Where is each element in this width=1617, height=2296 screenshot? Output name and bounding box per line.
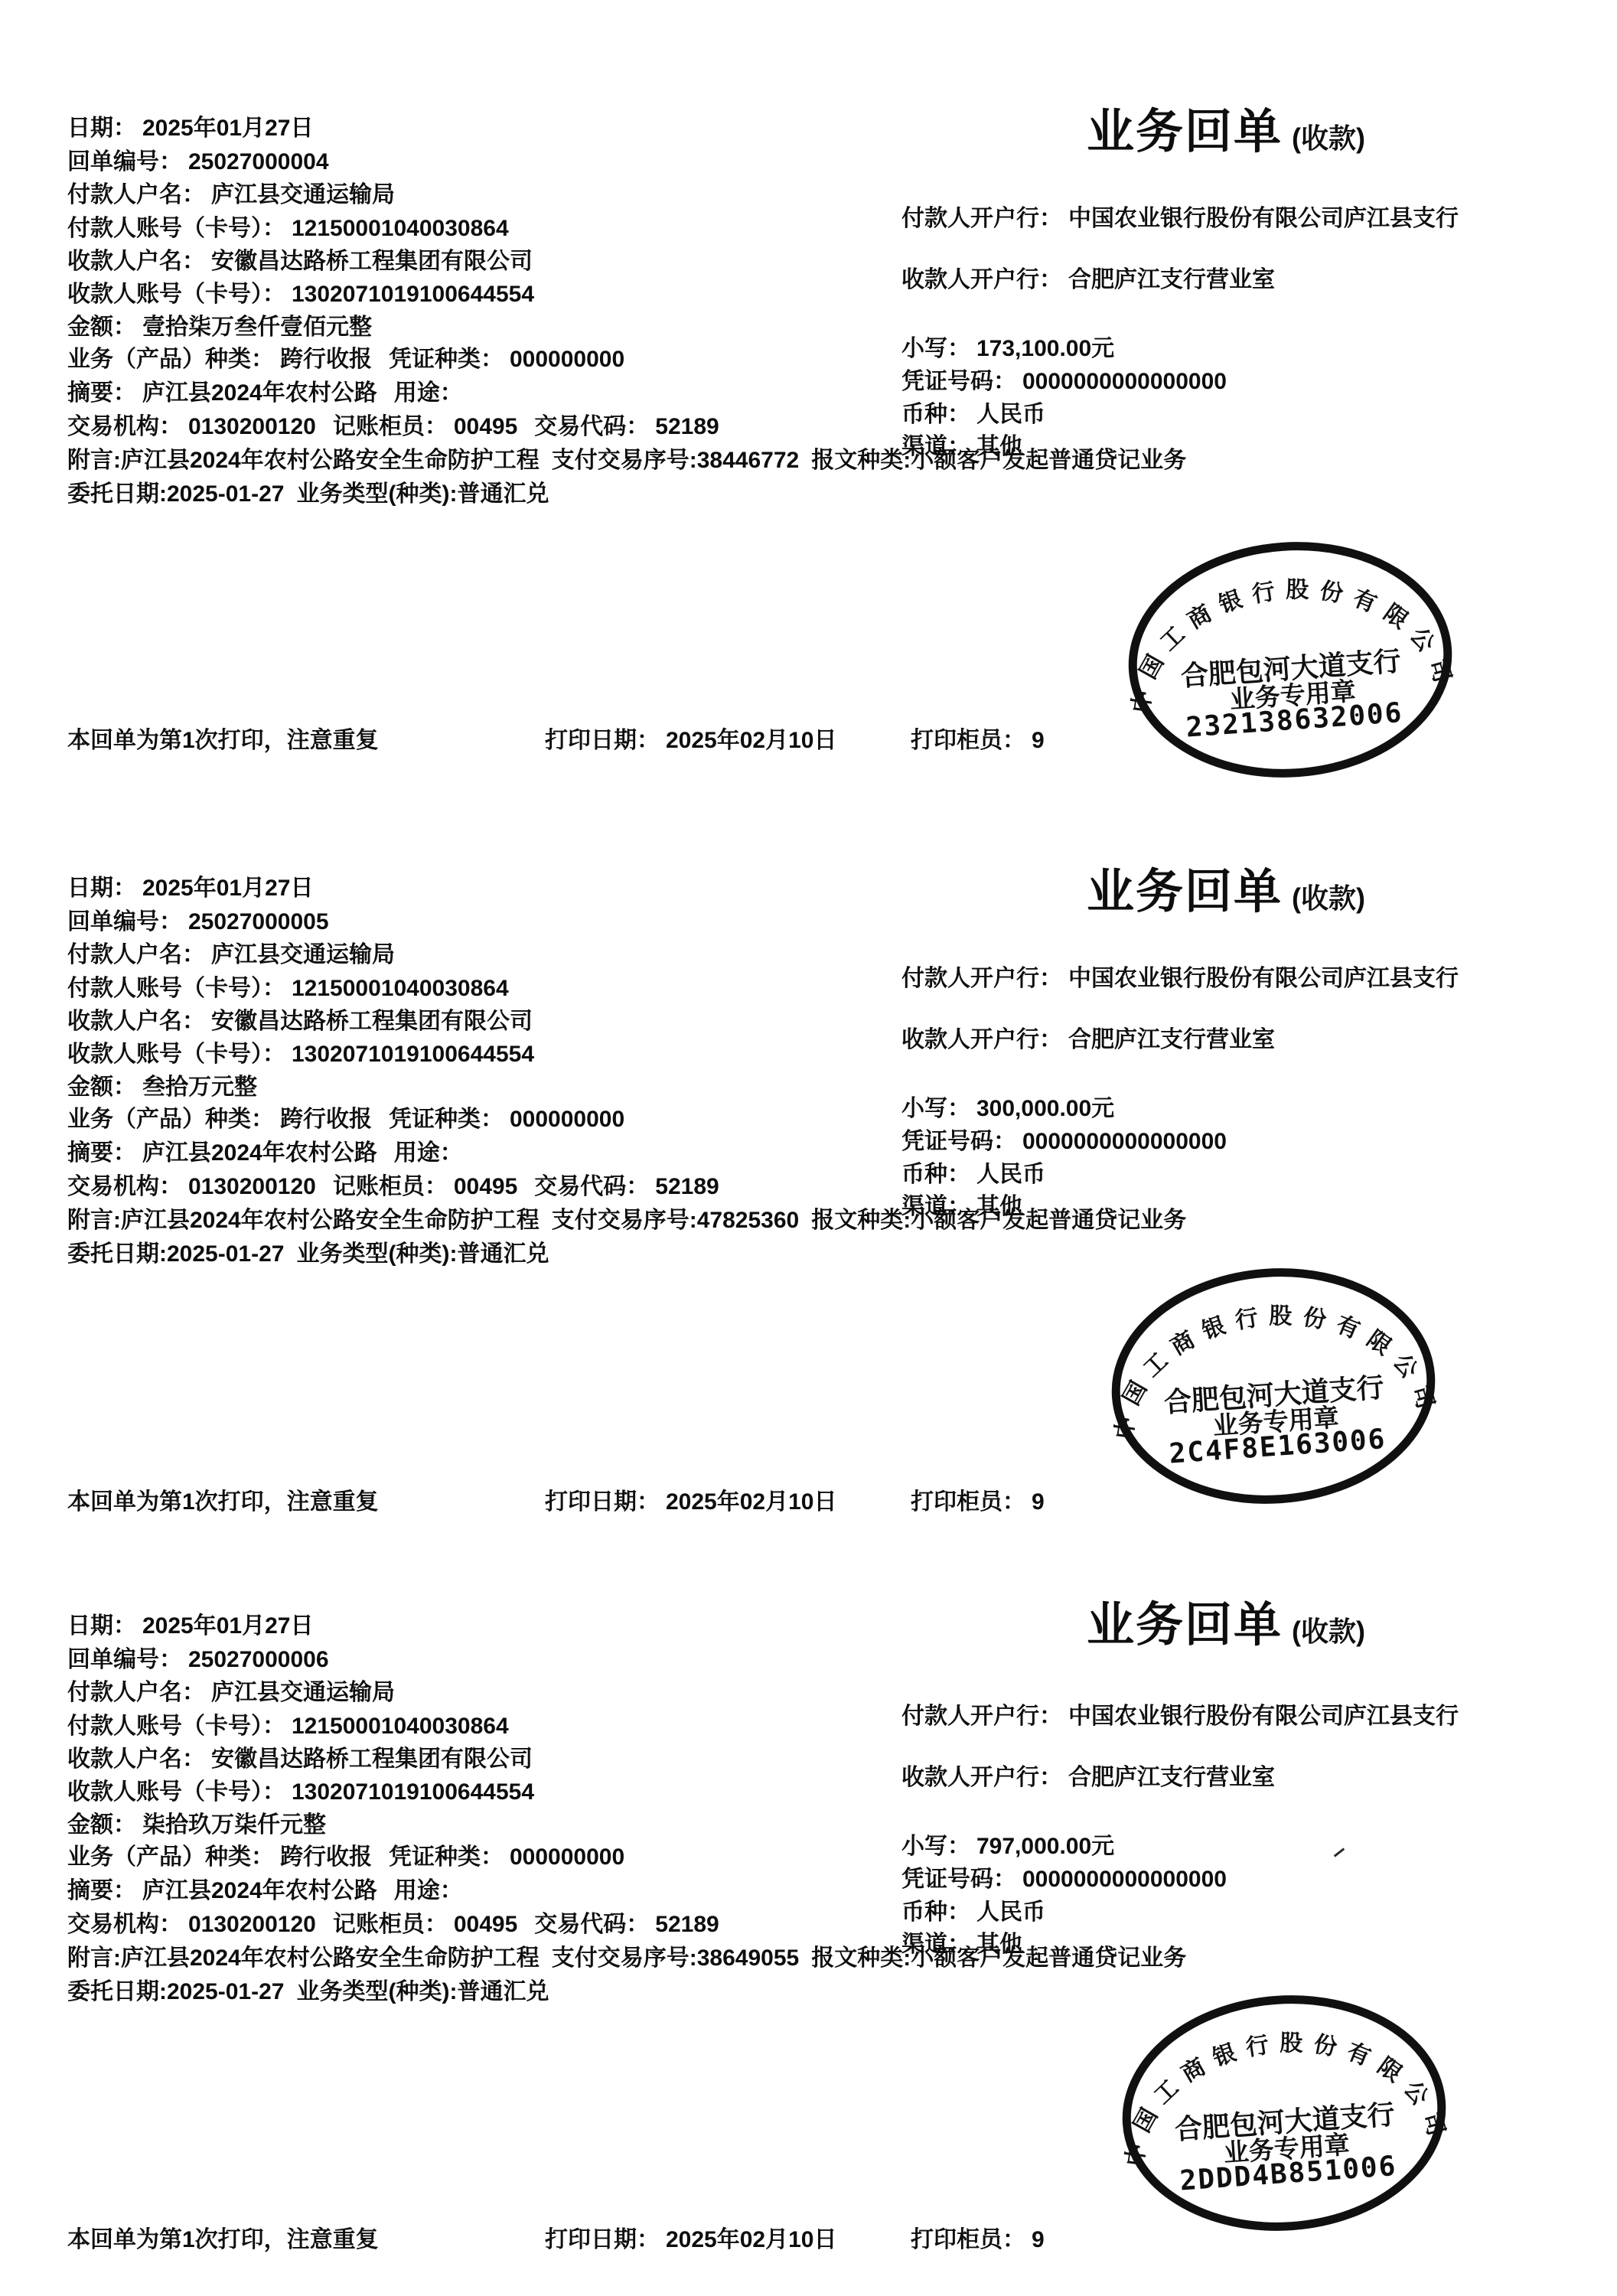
footer-notice-text: 本回单为第1次打印，注意重复 xyxy=(67,727,379,755)
channel-label: 渠道： xyxy=(901,433,970,461)
channel-row: 渠道：其他 xyxy=(901,1193,1022,1221)
scan-artifact xyxy=(1334,1848,1345,1857)
amount-row: 金额：叁拾万元整 xyxy=(67,1074,257,1101)
payee-name-row: 收款人户名：安徽昌达路桥工程集团有限公司 xyxy=(67,1008,533,1035)
entrust-row: 委托日期:2025-01-27业务类型(种类):普通汇兑 xyxy=(67,1978,549,2006)
stamp-code-text: 2DDD4B851006 xyxy=(1179,2151,1397,2197)
payee-bank-row: 收款人开户行：合肥庐江支行营业室 xyxy=(901,1764,1275,1792)
payee-bank-value: 合肥庐江支行营业室 xyxy=(1068,1026,1275,1054)
payer-account-value: 12150001040030864 xyxy=(292,1713,509,1740)
page-title: 业务回单(收款) xyxy=(1087,1587,1365,1655)
print-teller-row: 打印柜员：9 xyxy=(911,2226,1045,2254)
voucher-type-label: 凭证种类： xyxy=(389,346,504,373)
payee-account-row: 收款人账号（卡号）：1302071019100644554 xyxy=(67,1779,534,1806)
receipt-no-row: 回单编号：25027000005 xyxy=(67,908,329,936)
voucher-no-value: 0000000000000000 xyxy=(1022,368,1227,396)
amount-small-row: 小写：797,000.00元 xyxy=(901,1833,1114,1861)
pay-seq-label: 支付交易序号: xyxy=(552,1207,697,1234)
payee-account-value: 1302071019100644554 xyxy=(292,1041,534,1068)
print-teller-value: 9 xyxy=(1032,2226,1045,2254)
summary-row: 摘要：庐江县2024年农村公路用途： xyxy=(67,1877,463,1905)
payee-name-label: 收款人户名： xyxy=(67,248,205,276)
payee-name-label: 收款人户名： xyxy=(67,1746,205,1773)
voucher-no-value: 0000000000000000 xyxy=(1022,1866,1227,1893)
summary-label: 摘要： xyxy=(67,380,136,407)
trans-org-value: 0130200120 xyxy=(188,1911,316,1939)
voucher-type-label: 凭证种类： xyxy=(389,1844,504,1871)
amount-small-label: 小写： xyxy=(901,1095,970,1123)
amount-words-value: 柒拾玖万柒仟元整 xyxy=(142,1812,326,1839)
payee-name-label: 收款人户名： xyxy=(67,1008,205,1035)
payee-name-value: 安徽昌达路桥工程集团有限公司 xyxy=(211,248,533,276)
trans-org-row: 交易机构：0130200120记账柜员：00495交易代码：52189 xyxy=(67,1911,719,1939)
payee-bank-row: 收款人开户行：合肥庐江支行营业室 xyxy=(901,1026,1275,1054)
payer-account-row: 付款人账号（卡号）：12150001040030864 xyxy=(67,1713,509,1740)
amount-small-label: 小写： xyxy=(901,1833,970,1861)
voucher-type-value: 000000000 xyxy=(510,1106,624,1133)
amount-words-value: 壹拾柒万叁仟壹佰元整 xyxy=(142,314,372,341)
trans-org-value: 0130200120 xyxy=(188,413,316,441)
voucher-no-label: 凭证号码： xyxy=(901,1128,1016,1156)
voucher-no-label: 凭证号码： xyxy=(901,1866,1016,1893)
currency-label: 币种： xyxy=(901,401,970,429)
payer-account-label: 付款人账号（卡号）： xyxy=(67,1713,285,1740)
teller-value: 00495 xyxy=(454,1911,517,1939)
remark-label: 附言: xyxy=(67,1207,121,1234)
trans-code-value: 52189 xyxy=(655,413,719,441)
entrust-row: 委托日期:2025-01-27业务类型(种类):普通汇兑 xyxy=(67,481,549,508)
date-row: 日期：2025年01月27日 xyxy=(67,875,313,902)
currency-value: 人民币 xyxy=(976,1161,1045,1189)
payee-name-value: 安徽昌达路桥工程集团有限公司 xyxy=(211,1008,533,1035)
pay-seq-value: 38649055 xyxy=(697,1945,799,1972)
payee-name-row: 收款人户名：安徽昌达路桥工程集团有限公司 xyxy=(67,1746,533,1773)
biz-category-value: 普通汇兑 xyxy=(457,1241,549,1268)
pay-seq-value: 47825360 xyxy=(697,1207,799,1234)
page-title: 业务回单(收款) xyxy=(1087,853,1365,921)
channel-value: 其他 xyxy=(976,433,1022,461)
entrust-date-label: 委托日期: xyxy=(67,1978,167,2006)
trans-code-label: 交易代码： xyxy=(534,1173,649,1201)
footer-notice: 本回单为第1次打印，注意重复 xyxy=(67,2226,379,2254)
payee-bank-row: 收款人开户行：合肥庐江支行营业室 xyxy=(901,266,1275,294)
date-label: 日期： xyxy=(67,115,136,142)
stamp-code-text: 232138632006 xyxy=(1185,697,1403,744)
entrust-date-value: 2025-01-27 xyxy=(167,1978,284,2006)
payer-name-row: 付款人户名：庐江县交通运输局 xyxy=(67,1679,395,1707)
teller-value: 00495 xyxy=(454,1173,517,1201)
print-date-label: 打印日期： xyxy=(545,2226,660,2254)
trans-code-label: 交易代码： xyxy=(534,413,649,441)
summary-row: 摘要：庐江县2024年农村公路用途： xyxy=(67,380,463,407)
payee-bank-value: 合肥庐江支行营业室 xyxy=(1068,266,1275,294)
channel-value: 其他 xyxy=(976,1193,1022,1221)
trans-code-label: 交易代码： xyxy=(534,1911,649,1939)
title-suffix: (收款) xyxy=(1292,122,1365,154)
teller-value: 00495 xyxy=(454,413,517,441)
voucher-type-value: 000000000 xyxy=(510,346,624,373)
remark-label: 附言: xyxy=(67,1945,121,1972)
payer-name-label: 付款人户名： xyxy=(67,941,205,969)
receipt-2: 业务回单(收款) 日期：2025年01月27日 回单编号：25027000005… xyxy=(0,760,1617,1520)
payer-bank-label: 付款人开户行： xyxy=(901,205,1062,233)
voucher-no-label: 凭证号码： xyxy=(901,368,1016,396)
payer-account-label: 付款人账号（卡号）： xyxy=(67,215,285,243)
payer-account-row: 付款人账号（卡号）：12150001040030864 xyxy=(67,215,509,243)
receipt-no-row: 回单编号：25027000004 xyxy=(67,148,329,176)
receipt-no-value: 25027000004 xyxy=(188,148,329,176)
payer-account-label: 付款人账号（卡号）： xyxy=(67,975,285,1003)
purpose-label: 用途： xyxy=(394,380,463,407)
payer-bank-row: 付款人开户行：中国农业银行股份有限公司庐江县支行 xyxy=(901,205,1459,233)
msg-type-label: 报文种类: xyxy=(811,1945,911,1972)
payee-bank-label: 收款人开户行： xyxy=(901,266,1062,294)
currency-value: 人民币 xyxy=(976,401,1045,429)
receipt-no-row: 回单编号：25027000006 xyxy=(67,1646,329,1674)
entrust-date-label: 委托日期: xyxy=(67,1241,167,1268)
payer-bank-value: 中国农业银行股份有限公司庐江县支行 xyxy=(1068,965,1459,993)
voucher-no-row: 凭证号码：0000000000000000 xyxy=(901,1128,1227,1156)
voucher-type-label: 凭证种类： xyxy=(389,1106,504,1133)
teller-label: 记账柜员： xyxy=(333,1173,448,1201)
bank-stamp: 中国工商银行股份有限公司 合肥包河大道支行 业务专用章 2C4F8E163006 xyxy=(1097,1251,1449,1521)
trans-code-value: 52189 xyxy=(655,1911,719,1939)
summary-value: 庐江县2024年农村公路 xyxy=(142,380,377,407)
trans-org-label: 交易机构： xyxy=(67,1911,182,1939)
biz-type-value: 跨行收报 xyxy=(280,1844,372,1871)
teller-label: 记账柜员： xyxy=(333,1911,448,1939)
pay-seq-label: 支付交易序号: xyxy=(552,447,697,475)
amount-small-value: 173,100.00元 xyxy=(976,335,1114,363)
print-teller-value: 9 xyxy=(1032,727,1045,755)
voucher-no-value: 0000000000000000 xyxy=(1022,1128,1227,1156)
currency-label: 币种： xyxy=(901,1899,970,1926)
date-value: 2025年01月27日 xyxy=(142,1613,313,1640)
amount-row: 金额：柒拾玖万柒仟元整 xyxy=(67,1812,326,1839)
print-date-row: 打印日期：2025年02月10日 xyxy=(545,2226,836,2254)
receipt-3: 业务回单(收款) 日期：2025年01月27日 回单编号：25027000006… xyxy=(0,1498,1617,2258)
biz-type-label: 业务（产品）种类： xyxy=(67,346,274,373)
entrust-date-value: 2025-01-27 xyxy=(167,481,284,508)
payer-bank-row: 付款人开户行：中国农业银行股份有限公司庐江县支行 xyxy=(901,1703,1459,1730)
payee-account-label: 收款人账号（卡号）： xyxy=(67,1041,285,1068)
amount-small-row: 小写：173,100.00元 xyxy=(901,335,1114,363)
currency-value: 人民币 xyxy=(976,1899,1045,1926)
print-teller-label: 打印柜员： xyxy=(911,727,1025,755)
biz-type-row: 业务（产品）种类：跨行收报凭证种类：000000000 xyxy=(67,1844,624,1871)
receipt-no-label: 回单编号： xyxy=(67,908,182,936)
biz-type-label: 业务（产品）种类： xyxy=(67,1844,274,1871)
payer-bank-value: 中国农业银行股份有限公司庐江县支行 xyxy=(1068,205,1459,233)
currency-row: 币种：人民币 xyxy=(901,1161,1045,1189)
teller-label: 记账柜员： xyxy=(333,413,448,441)
biz-type-row: 业务（产品）种类：跨行收报凭证种类：000000000 xyxy=(67,1106,624,1133)
amount-small-value: 300,000.00元 xyxy=(976,1095,1114,1123)
payer-account-value: 12150001040030864 xyxy=(292,975,509,1003)
trans-org-row: 交易机构：0130200120记账柜员：00495交易代码：52189 xyxy=(67,413,719,441)
summary-label: 摘要： xyxy=(67,1140,136,1167)
payer-name-row: 付款人户名：庐江县交通运输局 xyxy=(67,941,395,969)
remark-value: 庐江县2024年农村公路安全生命防护工程 xyxy=(121,1207,540,1234)
bank-stamp: 中国工商银行股份有限公司 合肥包河大道支行 业务专用章 2DDD4B851006 xyxy=(1107,1978,1460,2248)
amount-small-label: 小写： xyxy=(901,335,970,363)
date-value: 2025年01月27日 xyxy=(142,875,313,902)
msg-type-label: 报文种类: xyxy=(811,447,911,475)
payer-name-value: 庐江县交通运输局 xyxy=(211,1679,395,1707)
remark-value: 庐江县2024年农村公路安全生命防护工程 xyxy=(121,1945,540,1972)
purpose-label: 用途： xyxy=(394,1877,463,1905)
remark-value: 庐江县2024年农村公路安全生命防护工程 xyxy=(121,447,540,475)
amount-label: 金额： xyxy=(67,1812,136,1839)
summary-value: 庐江县2024年农村公路 xyxy=(142,1877,377,1905)
summary-label: 摘要： xyxy=(67,1877,136,1905)
payee-account-label: 收款人账号（卡号）： xyxy=(67,281,285,308)
channel-value: 其他 xyxy=(976,1931,1022,1958)
date-value: 2025年01月27日 xyxy=(142,115,313,142)
biz-category-value: 普通汇兑 xyxy=(457,481,549,508)
biz-category-value: 普通汇兑 xyxy=(457,1978,549,2006)
currency-label: 币种： xyxy=(901,1161,970,1189)
amount-label: 金额： xyxy=(67,314,136,341)
payer-account-value: 12150001040030864 xyxy=(292,215,509,243)
payee-account-label: 收款人账号（卡号）： xyxy=(67,1779,285,1806)
print-date-label: 打印日期： xyxy=(545,727,660,755)
print-date-row: 打印日期：2025年02月10日 xyxy=(545,727,836,755)
voucher-no-row: 凭证号码：0000000000000000 xyxy=(901,1866,1227,1893)
voucher-no-row: 凭证号码：0000000000000000 xyxy=(901,368,1227,396)
payee-name-value: 安徽昌达路桥工程集团有限公司 xyxy=(211,1746,533,1773)
title-main: 业务回单 xyxy=(1087,1599,1283,1652)
page-title: 业务回单(收款) xyxy=(1087,93,1365,161)
entrust-row: 委托日期:2025-01-27业务类型(种类):普通汇兑 xyxy=(67,1241,549,1268)
payer-name-value: 庐江县交通运输局 xyxy=(211,941,395,969)
payer-name-label: 付款人户名： xyxy=(67,1679,205,1707)
amount-row: 金额：壹拾柒万叁仟壹佰元整 xyxy=(67,314,372,341)
purpose-label: 用途： xyxy=(394,1140,463,1167)
remark-label: 附言: xyxy=(67,447,121,475)
channel-row: 渠道：其他 xyxy=(901,433,1022,461)
amount-small-value: 797,000.00元 xyxy=(976,1833,1114,1861)
pay-seq-label: 支付交易序号: xyxy=(552,1945,697,1972)
biz-type-row: 业务（产品）种类：跨行收报凭证种类：000000000 xyxy=(67,346,624,373)
trans-org-label: 交易机构： xyxy=(67,413,182,441)
receipt-no-label: 回单编号： xyxy=(67,148,182,176)
voucher-type-value: 000000000 xyxy=(510,1844,624,1871)
channel-row: 渠道：其他 xyxy=(901,1931,1022,1958)
print-date-value: 2025年02月10日 xyxy=(666,727,836,755)
payee-name-row: 收款人户名：安徽昌达路桥工程集团有限公司 xyxy=(67,248,533,276)
receipt-no-value: 25027000005 xyxy=(188,908,329,936)
biz-type-value: 跨行收报 xyxy=(280,1106,372,1133)
payee-bank-value: 合肥庐江支行营业室 xyxy=(1068,1764,1275,1792)
pay-seq-value: 38446772 xyxy=(697,447,799,475)
payer-name-value: 庐江县交通运输局 xyxy=(211,181,395,209)
payee-account-row: 收款人账号（卡号）：1302071019100644554 xyxy=(67,1041,534,1068)
payer-bank-label: 付款人开户行： xyxy=(901,1703,1062,1730)
biz-category-label: 业务类型(种类): xyxy=(296,1241,457,1268)
scanned-bank-receipts-page: { "page": { "title_main": "业务回单", "title… xyxy=(0,0,1617,2296)
trans-org-value: 0130200120 xyxy=(188,1173,316,1201)
print-teller-row: 打印柜员：9 xyxy=(911,727,1045,755)
title-suffix: (收款) xyxy=(1292,882,1365,914)
msg-type-label: 报文种类: xyxy=(811,1207,911,1234)
print-teller-label: 打印柜员： xyxy=(911,2226,1025,2254)
print-date-value: 2025年02月10日 xyxy=(666,2226,836,2254)
date-row: 日期：2025年01月27日 xyxy=(67,115,313,142)
channel-label: 渠道： xyxy=(901,1931,970,1958)
stamp-code-text: 2C4F8E163006 xyxy=(1168,1424,1387,1470)
payer-bank-value: 中国农业银行股份有限公司庐江县支行 xyxy=(1068,1703,1459,1730)
receipt-1: 业务回单(收款) 日期：2025年01月27日 回单编号：25027000004… xyxy=(0,0,1617,760)
payer-name-row: 付款人户名：庐江县交通运输局 xyxy=(67,181,395,209)
payee-bank-label: 收款人开户行： xyxy=(901,1026,1062,1054)
biz-type-label: 业务（产品）种类： xyxy=(67,1106,274,1133)
amount-label: 金额： xyxy=(67,1074,136,1101)
amount-small-row: 小写：300,000.00元 xyxy=(901,1095,1114,1123)
entrust-date-value: 2025-01-27 xyxy=(167,1241,284,1268)
footer-notice: 本回单为第1次打印，注意重复 xyxy=(67,727,379,755)
footer-notice-text: 本回单为第1次打印，注意重复 xyxy=(67,2226,379,2254)
payee-account-value: 1302071019100644554 xyxy=(292,281,534,308)
entrust-date-label: 委托日期: xyxy=(67,481,167,508)
amount-words-value: 叁拾万元整 xyxy=(142,1074,257,1101)
payer-bank-row: 付款人开户行：中国农业银行股份有限公司庐江县支行 xyxy=(901,965,1459,993)
trans-code-value: 52189 xyxy=(655,1173,719,1201)
payer-account-row: 付款人账号（卡号）：12150001040030864 xyxy=(67,975,509,1003)
channel-label: 渠道： xyxy=(901,1193,970,1221)
biz-category-label: 业务类型(种类): xyxy=(296,1978,457,2006)
payee-bank-label: 收款人开户行： xyxy=(901,1764,1062,1792)
trans-org-row: 交易机构：0130200120记账柜员：00495交易代码：52189 xyxy=(67,1173,719,1201)
currency-row: 币种：人民币 xyxy=(901,1899,1045,1926)
bank-stamp: 中国工商银行股份有限公司 合肥包河大道支行 业务专用章 232138632006 xyxy=(1113,525,1466,794)
title-main: 业务回单 xyxy=(1087,106,1283,158)
payee-account-row: 收款人账号（卡号）：1302071019100644554 xyxy=(67,281,534,308)
biz-category-label: 业务类型(种类): xyxy=(296,481,457,508)
date-label: 日期： xyxy=(67,1613,136,1640)
receipt-no-label: 回单编号： xyxy=(67,1646,182,1674)
payee-account-value: 1302071019100644554 xyxy=(292,1779,534,1806)
payer-bank-label: 付款人开户行： xyxy=(901,965,1062,993)
title-main: 业务回单 xyxy=(1087,866,1283,918)
receipt-no-value: 25027000006 xyxy=(188,1646,329,1674)
summary-row: 摘要：庐江县2024年农村公路用途： xyxy=(67,1140,463,1167)
payer-name-label: 付款人户名： xyxy=(67,181,205,209)
title-suffix: (收款) xyxy=(1292,1616,1365,1647)
biz-type-value: 跨行收报 xyxy=(280,346,372,373)
trans-org-label: 交易机构： xyxy=(67,1173,182,1201)
currency-row: 币种：人民币 xyxy=(901,401,1045,429)
date-row: 日期：2025年01月27日 xyxy=(67,1613,313,1640)
summary-value: 庐江县2024年农村公路 xyxy=(142,1140,377,1167)
date-label: 日期： xyxy=(67,875,136,902)
